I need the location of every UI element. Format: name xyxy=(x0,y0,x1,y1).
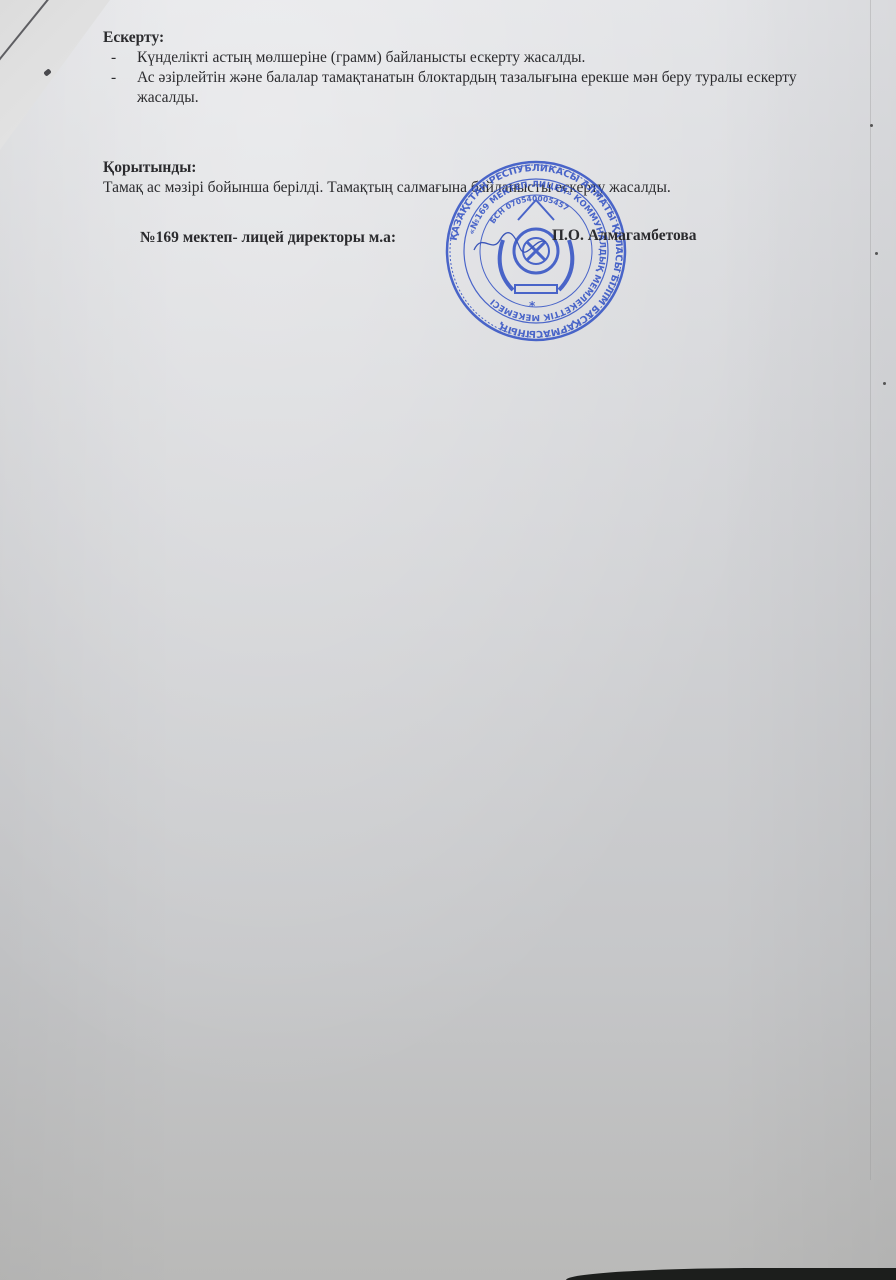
punch-dot xyxy=(875,252,878,255)
warning-item-text: Күнделікті астың мөлшеріне (грамм) байла… xyxy=(137,49,585,66)
warning-item-text: Ас әзірлейтін және балалар тамақтанатын … xyxy=(137,69,797,106)
warning-heading: Ескерту: xyxy=(103,28,803,48)
paper-folded-corner xyxy=(0,0,110,150)
warning-section: Ескерту: - Күнделікті астың мөлшеріне (г… xyxy=(103,28,803,108)
handwritten-signature-icon xyxy=(470,228,550,258)
signatory-title: №169 мектеп- лицей директоры м.а: xyxy=(140,229,396,247)
punch-dot xyxy=(870,124,873,127)
punch-dot xyxy=(883,382,886,385)
paper-crease xyxy=(870,0,871,1180)
warning-list: - Күнделікті астың мөлшеріне (грамм) бай… xyxy=(103,48,803,108)
svg-text:*: * xyxy=(529,299,536,313)
bullet-dash: - xyxy=(111,48,116,68)
signatory-name: П.О. Алмагамбетова xyxy=(552,227,697,245)
warning-item: - Ас әзірлейтін және балалар тамақтанаты… xyxy=(103,68,803,108)
table-edge xyxy=(566,1268,896,1280)
bullet-dash: - xyxy=(111,68,116,88)
warning-item: - Күнделікті астың мөлшеріне (грамм) бай… xyxy=(103,48,803,68)
